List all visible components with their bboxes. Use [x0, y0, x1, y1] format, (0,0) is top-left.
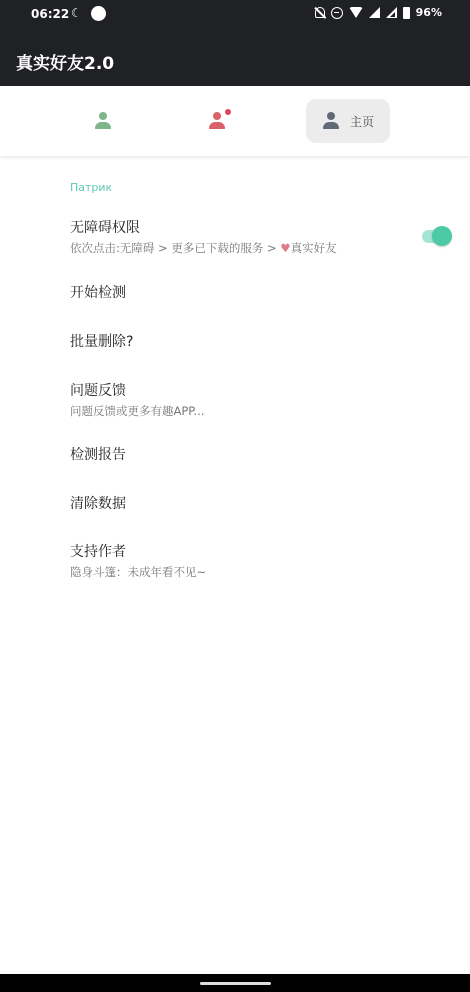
person-icon [322, 112, 340, 130]
tab-friends[interactable] [81, 99, 125, 143]
setting-title: 批量删除? [70, 331, 450, 351]
battery-icon [403, 7, 410, 19]
status-icons: 96% [315, 6, 442, 19]
setting-title: 无障碍权限 [70, 217, 450, 237]
setting-start-detection[interactable]: 开始检测 [70, 282, 450, 302]
person-remove-icon [208, 112, 226, 130]
wifi-icon [349, 7, 363, 18]
setting-subtitle: 问题反馈或更多有趣APP... [70, 403, 450, 419]
signal-icon [369, 7, 380, 18]
status-bar: 06:22 ☾ 96% [0, 0, 470, 28]
setting-support-author[interactable]: 支持作者 隐身斗篷：未成年看不见~ [70, 541, 450, 580]
tab-home-label: 主页 [350, 113, 374, 130]
category-header: Патрик [70, 181, 112, 194]
battery-percent: 96% [416, 6, 442, 19]
heart-icon: ♥ [280, 241, 290, 255]
home-gesture-handle[interactable] [200, 982, 271, 985]
setting-title: 开始检测 [70, 282, 450, 302]
tab-home[interactable]: 主页 [306, 99, 390, 143]
tab-removed[interactable] [195, 99, 239, 143]
setting-subtitle: 隐身斗篷：未成年看不见~ [70, 564, 450, 580]
status-time: 06:22 [31, 7, 69, 21]
setting-clear-data[interactable]: 清除数据 [70, 493, 450, 513]
bell-off-icon [315, 7, 325, 18]
setting-title: 问题反馈 [70, 380, 450, 400]
setting-subtitle: 依次点击:无障碍 > 更多已下载的服务 > ♥真实好友 [70, 240, 450, 256]
app-title: 真实好友2.0 [16, 49, 114, 74]
setting-title: 清除数据 [70, 493, 450, 513]
setting-title: 检测报告 [70, 444, 450, 464]
app-bar: 真实好友2.0 [0, 28, 470, 86]
do-not-disturb-icon [331, 7, 343, 19]
circle-icon [91, 6, 106, 21]
setting-feedback[interactable]: 问题反馈 问题反馈或更多有趣APP... [70, 380, 450, 419]
person-icon [94, 112, 112, 130]
navigation-bar [0, 974, 470, 992]
setting-batch-delete[interactable]: 批量删除? [70, 331, 450, 351]
moon-icon: ☾ [71, 6, 82, 20]
signal-icon [386, 7, 397, 18]
bottom-tabs: 主页 [0, 86, 470, 156]
setting-title: 支持作者 [70, 541, 450, 561]
accessibility-toggle[interactable] [420, 224, 452, 248]
setting-accessibility[interactable]: 无障碍权限 依次点击:无障碍 > 更多已下载的服务 > ♥真实好友 [70, 217, 450, 256]
setting-report[interactable]: 检测报告 [70, 444, 450, 464]
